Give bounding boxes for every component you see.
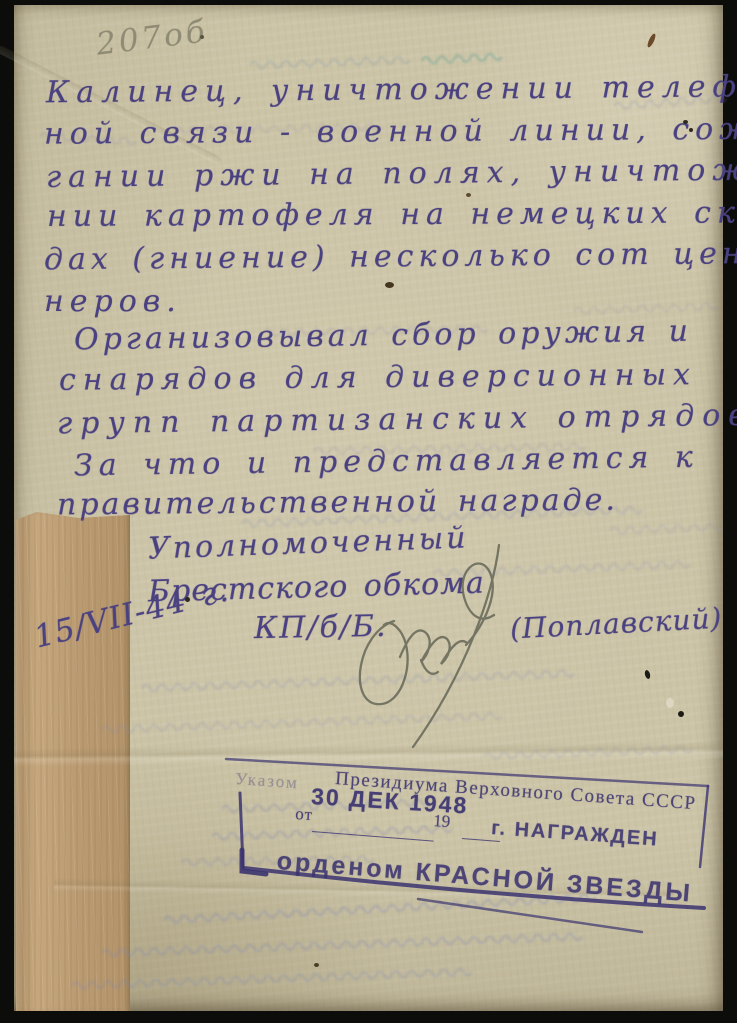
paper-speck — [314, 963, 319, 967]
document-page: 207об Калинец, уничтожении телефон- ной … — [14, 5, 723, 1011]
paper-speck — [385, 282, 394, 288]
stamp-ot-label: от — [295, 804, 314, 825]
award-stamp: Указом Президиума Верховного Совета СССР… — [14, 5, 723, 1011]
paper-speck — [678, 711, 684, 717]
photo-black-frame: 207об Калинец, уничтожении телефон- ной … — [0, 0, 737, 1023]
paper-speck — [683, 120, 688, 124]
paper-speck — [666, 698, 674, 708]
paper-speck — [689, 128, 693, 132]
paper-speck — [466, 193, 471, 197]
paper-speck — [200, 35, 204, 39]
paper-speck — [185, 597, 190, 602]
stamp-year-prefix: 19 — [433, 811, 451, 832]
